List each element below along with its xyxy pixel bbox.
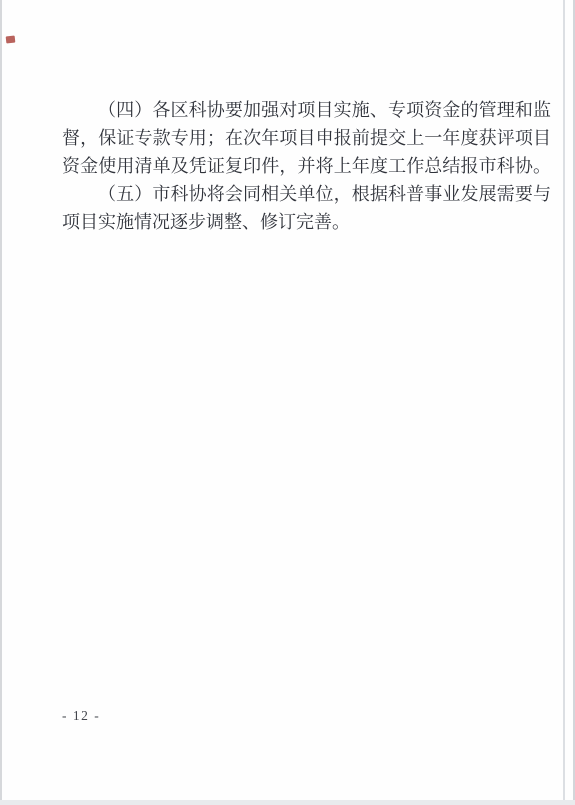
text-line: 项目实施情况逐步调整、修订完善。 <box>62 208 551 236</box>
paragraph: （五）市科协将会同相关单位，根据科普事业发展需要与 项目实施情况逐步调整、修订完… <box>62 180 551 236</box>
document-text: （四）各区科协要加强对项目实施、专项资金的管理和监 督，保证专款专用；在次年项目… <box>62 96 551 236</box>
text-line: （四）各区科协要加强对项目实施、专项资金的管理和监 <box>62 96 551 124</box>
text-line: （五）市科协将会同相关单位，根据科普事业发展需要与 <box>62 180 551 208</box>
page-number: - 12 - <box>62 708 100 724</box>
red-artifact-mark <box>6 36 16 44</box>
scanned-document-page: （四）各区科协要加强对项目实施、专项资金的管理和监 督，保证专款专用；在次年项目… <box>0 0 575 805</box>
right-page-edge <box>563 0 565 805</box>
left-page-edge <box>0 0 2 805</box>
paragraph: （四）各区科协要加强对项目实施、专项资金的管理和监 督，保证专款专用；在次年项目… <box>62 96 551 180</box>
text-line: 资金使用清单及凭证复印件，并将上年度工作总结报市科协。 <box>62 152 551 180</box>
bottom-page-edge <box>0 800 575 805</box>
text-line: 督，保证专款专用；在次年项目申报前提交上一年度获评项目 <box>62 124 551 152</box>
